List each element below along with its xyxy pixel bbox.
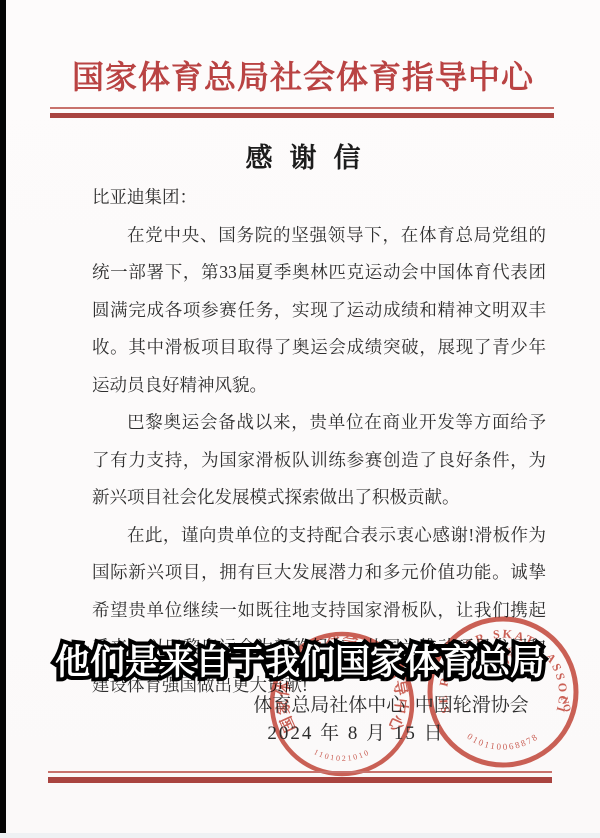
letter-title: 感谢信 bbox=[6, 136, 600, 175]
letterhead-org-name: 国家体育总局社会体育指导中心 bbox=[6, 52, 600, 98]
stamp-left-serial: 1101021010 bbox=[312, 747, 371, 763]
video-subtitle-overlay: 他们是来自于我们国家体育总局 他们是来自于我们国家体育总局 bbox=[0, 642, 600, 684]
subtitle-text: 他们是来自于我们国家体育总局 bbox=[55, 643, 545, 683]
date-line: 2024 年 8 月 15 日 bbox=[181, 718, 531, 745]
salutation: 比亚迪集团： bbox=[92, 179, 546, 217]
letterhead-divider bbox=[50, 107, 554, 118]
divider-thick-line bbox=[50, 113, 554, 118]
divider-thick-line bbox=[48, 777, 552, 783]
video-frame-left-edge bbox=[0, 0, 6, 838]
footer-divider bbox=[48, 771, 552, 783]
paragraph-1: 在党中央、国务院的坚强领导下，在体育总局党组的统一部署下，第33届夏季奥林匹克运… bbox=[92, 217, 546, 405]
video-frame-bottom-edge bbox=[0, 833, 600, 838]
signature-line: 体育总局社体中心 中国轮滑协会 bbox=[186, 690, 596, 717]
svg-text:1101021010: 1101021010 bbox=[312, 747, 371, 763]
paragraph-2: 巴黎奥运会备战以来，贵单位在商业开发等方面给予了有力支持，为国家滑板队训练参赛创… bbox=[92, 404, 546, 517]
letter-paper: 国家体育总局社会体育指导中心 感谢信 比亚迪集团： 在党中央、国务院的坚强领导下… bbox=[6, 0, 600, 833]
